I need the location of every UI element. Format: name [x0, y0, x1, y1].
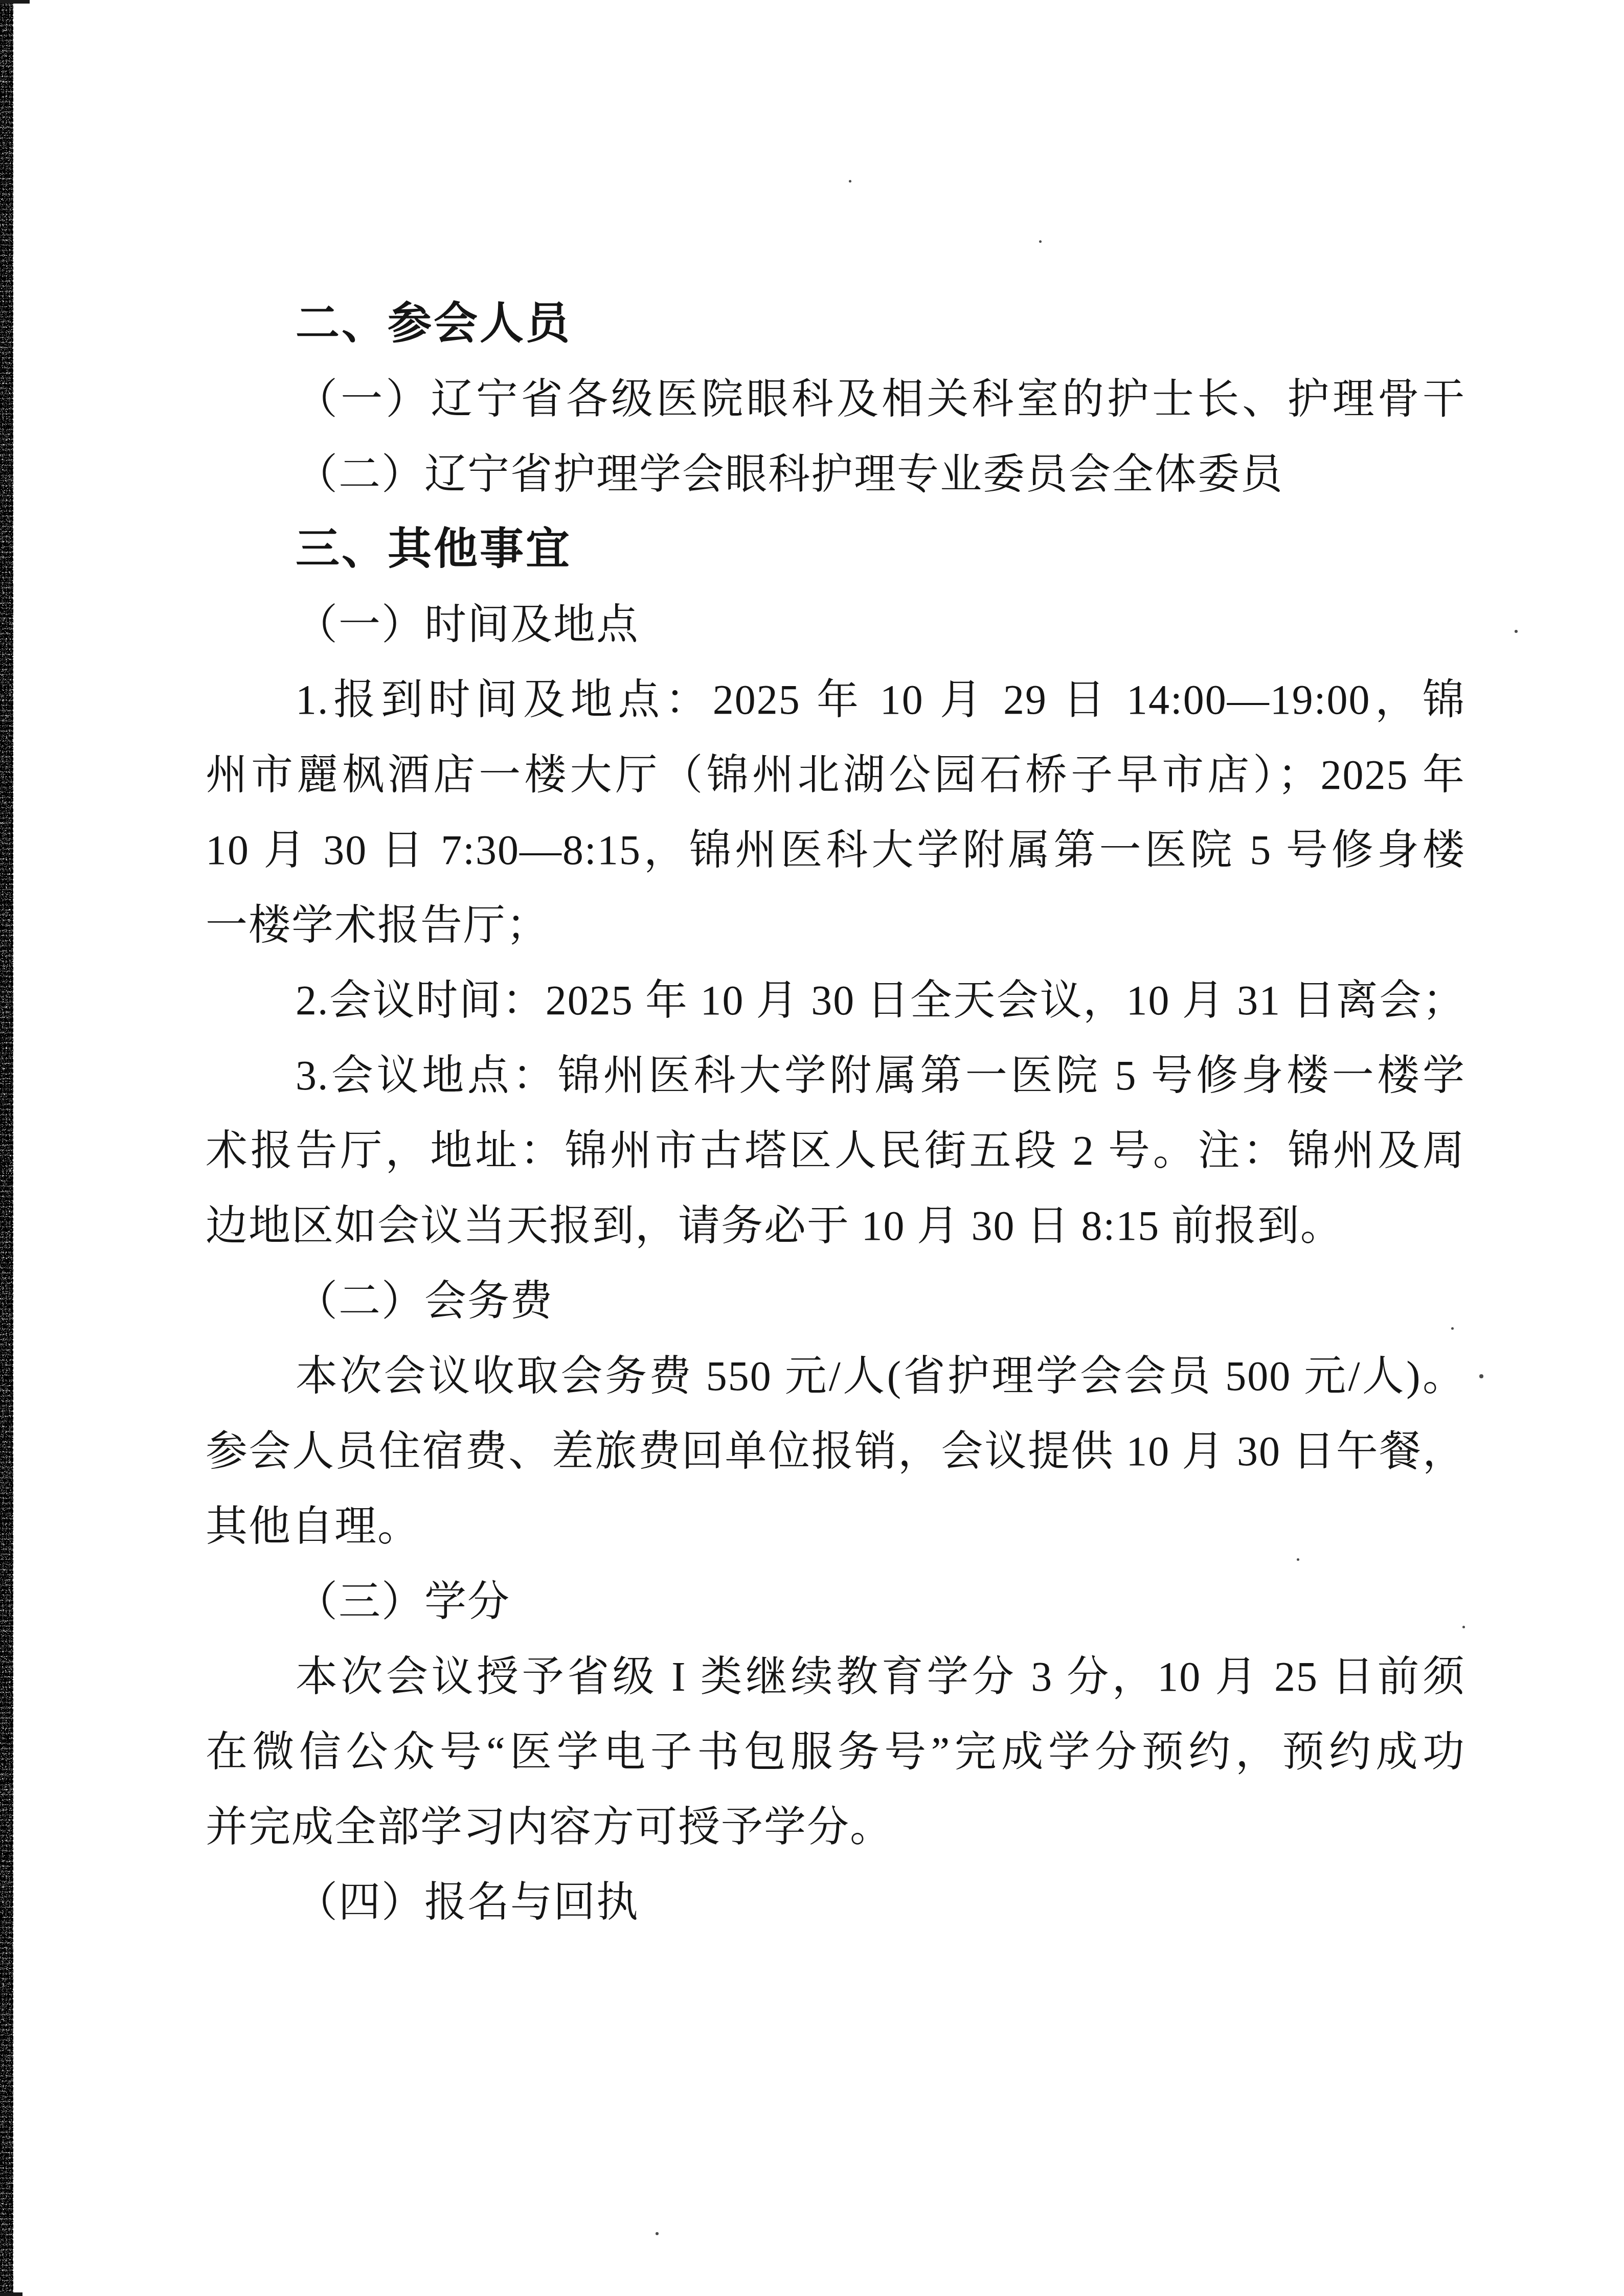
scan-speck [1515, 630, 1518, 633]
text-line: 2.会议时间：2025 年 10 月 30 日全天会议，10 月 31 日离会； [206, 963, 1465, 1038]
text-line: （四）报名与回执 [206, 1865, 1465, 1940]
text-line: 在微信公众号“医学电子书包服务号”完成学分预约，预约成功 [206, 1714, 1465, 1789]
text-line: （三）学分 [206, 1564, 1465, 1639]
text-line: 边地区如会议当天报到，请务必于 10 月 30 日 8:15 前报到。 [206, 1188, 1465, 1263]
text-line: 1.报到时间及地点：2025 年 10 月 29 日 14:00—19:00，锦 [206, 662, 1465, 737]
scanned-document-page: { "page": { "width": 3176, "height": 449… [0, 0, 1624, 2296]
scan-speck [1462, 1626, 1465, 1628]
scan-speck [656, 2232, 659, 2235]
scan-edge-artifact-bottom [0, 2292, 22, 2296]
text-line: 本次会议授予省级 I 类继续教育学分 3 分，10 月 25 日前须 [206, 1639, 1465, 1714]
text-line: 10 月 30 日 7:30—8:15，锦州医科大学附属第一医院 5 号修身楼 [206, 812, 1465, 888]
scan-speck [487, 1823, 489, 1825]
noise-texture [0, 0, 13, 2296]
text-line: （一）时间及地点 [206, 587, 1465, 662]
scan-speck [1297, 1558, 1299, 1561]
text-line: 其他自理。 [206, 1489, 1465, 1564]
scan-speck [849, 180, 851, 183]
text-line: （二）辽宁省护理学会眼科护理专业委员会全体委员 [206, 437, 1465, 512]
text-line: 州市麗枫酒店一楼大厅（锦州北湖公园石桥子早市店）；2025 年 [206, 737, 1465, 812]
scan-noise-band [0, 0, 13, 2296]
section-heading: 二、参会人员 [206, 286, 1465, 361]
scan-speck [1451, 1327, 1454, 1330]
document-lines: 二、参会人员（一）辽宁省各级医院眼科及相关科室的护士长、护理骨干（二）辽宁省护理… [206, 286, 1465, 1940]
section-heading: 三、其他事宜 [206, 512, 1465, 587]
text-line: 参会人员住宿费、差旅费回单位报销，会议提供 10 月 30 日午餐， [206, 1414, 1465, 1489]
text-line: 术报告厅，地址：锦州市古塔区人民街五段 2 号。注：锦州及周 [206, 1113, 1465, 1188]
scan-speck [559, 463, 562, 467]
scan-edge-artifact-top [0, 0, 30, 4]
text-line: 并完成全部学习内容方可授予学分。 [206, 1789, 1465, 1865]
scan-speck [1039, 240, 1042, 243]
text-line: 一楼学术报告厅； [206, 888, 1465, 963]
text-line: 3.会议地点：锦州医科大学附属第一医院 5 号修身楼一楼学 [206, 1038, 1465, 1113]
text-line: （二）会务费 [206, 1263, 1465, 1338]
text-line: （一）辽宁省各级医院眼科及相关科室的护士长、护理骨干 [206, 361, 1465, 437]
scan-speck [1479, 1374, 1483, 1378]
text-line: 本次会议收取会务费 550 元/人(省护理学会会员 500 元/人)。 [206, 1338, 1465, 1414]
